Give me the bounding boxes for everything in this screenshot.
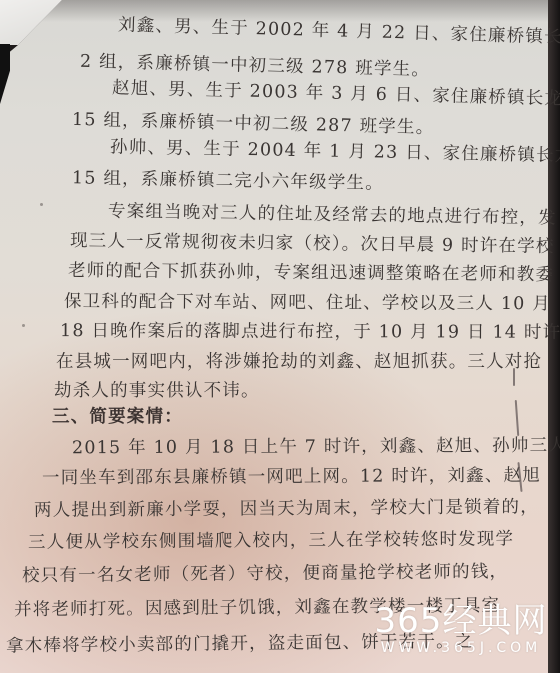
text-line: 一同坐车到邵东县廉桥镇一网吧上网。12 时许，刘鑫、赵旭 — [42, 462, 541, 490]
text-line: 校只有一名女老师（死者）守校，便商量抢学校老师的钱， — [22, 558, 508, 587]
text-line: 18 日晚作案后的落脚点进行布控，于 10 月 19 日 14 时许， — [60, 317, 560, 344]
watermark: 365经典网 WWW.365J.COM — [368, 602, 554, 656]
text-line: 在县城一网吧内，将涉嫌抢劫的刘鑫、赵旭抓获。三人对抢 — [56, 348, 542, 373]
section-heading: 三、简要案情： — [52, 403, 183, 428]
watermark-title: 365经典网 — [368, 602, 554, 640]
paper-speck — [22, 324, 25, 327]
pencil-mark — [513, 368, 515, 386]
text-line: 劫杀人的事实供认不讳。 — [54, 377, 260, 402]
text-line: 老师的配合下抓获孙帅，专案组迅速调整策略在老师和教委 — [68, 257, 554, 286]
text-line: 保卫科的配合下对车站、网吧、住址、学校以及三人 10 月 — [64, 288, 551, 316]
watermark-url: WWW.365J.COM — [368, 640, 554, 656]
text-line: 两人提出到新廉小学耍，因当天为周末，学校大门是锁着的， — [34, 493, 539, 522]
paper-speck — [40, 203, 43, 206]
text-line: 2015 年 10 月 18 日上午 7 时许，刘鑫、赵旭、孙帅三人 — [72, 432, 560, 460]
document-photo: 刘鑫、男、生于 2002 年 4 月 22 日、家住廉桥镇长龙村 2 组，系廉桥… — [0, 0, 560, 673]
text-line: 三人便从学校东侧围墙爬入校内，三人在学校转悠时发现学 — [28, 525, 514, 553]
